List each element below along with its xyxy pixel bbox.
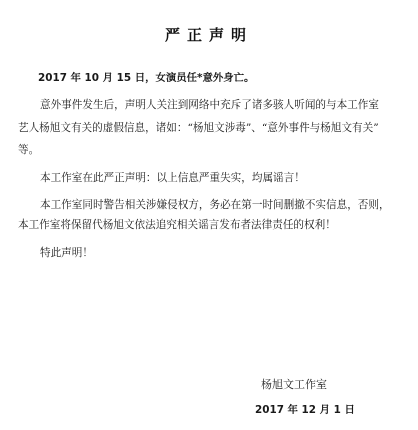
statement-document: 严正声明 2017 年 10 月 15 日，女演员任*意外身亡。 意外事件发生后… [0,0,418,430]
paragraph-line: 本工作室在此严正声明：以上信息严重失实，均属谣言！ [40,171,305,185]
paragraph-line: 艺人杨旭文有关的虚假信息，诸如：“杨旭文涉毒”、“意外事件与杨旭文有关” [18,121,379,135]
signature-name: 杨旭文工作室 [261,376,327,392]
paragraph-line: 等。 [18,143,39,157]
paragraph-line: 特此声明！ [40,246,93,260]
signature-date: 2017 年 12 月 1 日 [255,401,355,416]
paragraph-line: 本工作室将保留代杨旭文依法追究相关谣言发布者法律责任的权利！ [18,218,336,232]
incident-date-line: 2017 年 10 月 15 日，女演员任*意外身亡。 [38,71,254,85]
document-title: 严正声明 [0,24,418,45]
paragraph-line: 意外事件发生后，声明人关注到网络中充斥了诸多骇人听闻的与本工作室 [40,98,379,112]
paragraph-line: 本工作室同时警告相关涉嫌侵权方，务必在第一时间删撤不实信息，否则， [40,198,390,212]
